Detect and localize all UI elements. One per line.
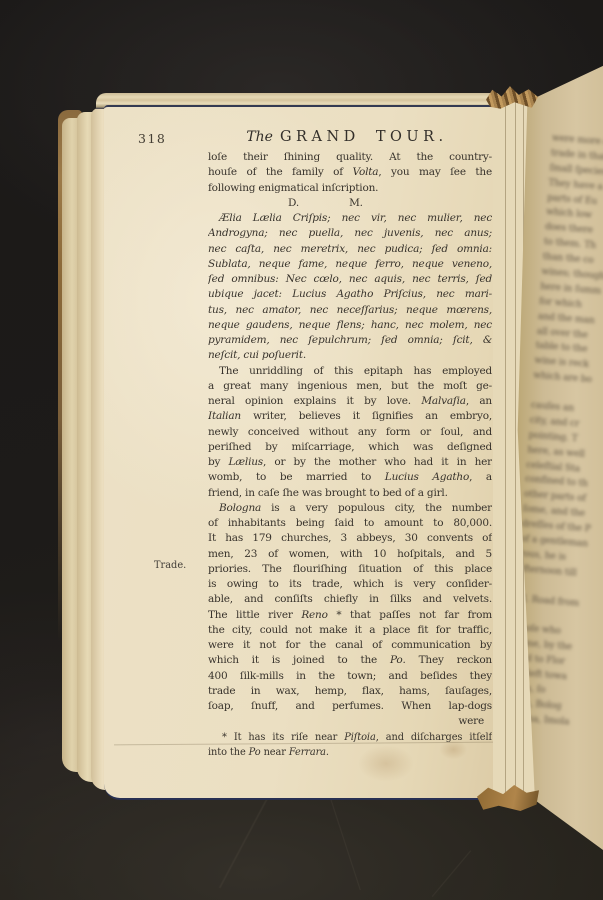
text-line: 400 ſilk-mills in the town; and beſides …	[208, 669, 492, 684]
text-line: the city, could not make it a place fit …	[208, 623, 492, 638]
text-line: neral opinion explains it by love. Malva…	[208, 394, 492, 409]
text-line: ſoap, ſnuff, and perfumes. When lap-dogs	[208, 699, 492, 714]
page-number: 318	[138, 131, 166, 146]
text-line: trade in wax, hemp, flax, hams, ſauſages…	[208, 684, 492, 699]
inscription-heading-d: D.	[288, 196, 299, 211]
text-line: tus, nec amator, nec neceſſarius; neque …	[208, 303, 492, 318]
inscription-heading-m: M.	[349, 196, 363, 211]
text-line: a great many ingenious men, but the moſt…	[208, 379, 492, 394]
text-line: friend, in caſe ſhe was brought to bed o…	[208, 486, 492, 501]
body-text-column: loſe their ſhining quality. At the count…	[208, 150, 492, 760]
paragraph-unriddling: The unriddling of this epitaph has emplo…	[208, 364, 492, 501]
text-line: Ælia Lælia Criſpis; nec vir, nec mulier,…	[208, 211, 492, 226]
text-line: Androgyna; nec puella, nec juvenis, nec …	[208, 226, 492, 241]
text-line: were it not for the canal of communicati…	[208, 638, 492, 653]
running-head-the: The	[246, 129, 273, 145]
text-line: Bologna is a very populous city, the num…	[208, 501, 492, 516]
text-line: neſcit, cui poſuerit.	[208, 348, 492, 363]
footnote: * It has its riſe near Piſtoia, and diſc…	[208, 730, 492, 761]
text-line: men, 23 of women, with 10 hoſpitals, and…	[208, 547, 492, 562]
text-line: is owing to its trade, which is very con…	[208, 577, 492, 592]
background-fabric-streak	[218, 790, 272, 889]
text-line: following enigmatical inſcription.	[208, 181, 492, 196]
text-line: The little river Reno * that paſſes not …	[208, 608, 492, 623]
paragraph-bologna: Bologna is a very populous city, the num…	[208, 501, 492, 715]
text-line: able, and conſiſts chiefly in ſilks and …	[208, 592, 492, 607]
background-fabric-streak	[330, 799, 361, 890]
text-line: periſhed by miſcarriage, which was deſig…	[208, 440, 492, 455]
text-line: which it is joined to the Po. They recko…	[208, 653, 492, 668]
inscription-heading: D. M.	[208, 196, 492, 211]
text-line: houſe of the family of Volta, you may ſe…	[208, 165, 492, 180]
text-line: nec caſta, nec meretrix, nec pudica; ſed…	[208, 242, 492, 257]
text-line: The unriddling of this epitaph has emplo…	[208, 364, 492, 379]
paragraph-intro: loſe their ſhining quality. At the count…	[208, 150, 492, 196]
text-line: * It has its riſe near Piſtoia, and diſc…	[208, 730, 492, 745]
fore-edge-crease	[515, 100, 516, 798]
book-photograph: 318 TheGRAND TOUR. Trade. loſe their ſhi…	[0, 0, 603, 900]
text-line: Italian writer, believes it ſignifies an…	[208, 409, 492, 424]
text-line: loſe their ſhining quality. At the count…	[208, 150, 492, 165]
text-line: neque gaudens, neque flens; hanc, nec mo…	[208, 318, 492, 333]
running-head: TheGRAND TOUR.	[222, 126, 472, 145]
text-line: priories. The flouriſhing ſituation of t…	[208, 562, 492, 577]
running-head-title: GRAND TOUR.	[280, 129, 448, 145]
book-left-page: 318 TheGRAND TOUR. Trade. loſe their ſhi…	[104, 105, 501, 800]
text-line: It has 179 churches, 3 abbeys, 30 conven…	[208, 531, 492, 546]
catchword: were	[208, 714, 492, 729]
text-line: Sublata, neque fame, neque ferro, neque …	[208, 257, 492, 272]
background-fabric-streak	[431, 850, 471, 897]
text-line: ubique jacet: Lucius Agatho Priſcius, ne…	[208, 287, 492, 302]
text-line: into the Po near Ferrara.	[208, 745, 492, 760]
paragraph-epitaph-latin: Ælia Lælia Criſpis; nec vir, nec mulier,…	[208, 211, 492, 364]
fore-edge-crease	[505, 100, 506, 798]
text-line: ſed omnibus: Nec cœlo, nec aquis, nec te…	[208, 272, 492, 287]
text-line: pyramidem, nec ſepulchrum; ſed omnia; ſc…	[208, 333, 492, 348]
text-line: of inhabitants being ſaid to amount to 8…	[208, 516, 492, 531]
margin-note-trade: Trade.	[154, 560, 186, 571]
text-line: womb, to be married to Lucius Agatho, a	[208, 470, 492, 485]
text-line: newly conceived without any form or ſoul…	[208, 425, 492, 440]
text-line: by Lælius, or by the mother who had it i…	[208, 455, 492, 470]
